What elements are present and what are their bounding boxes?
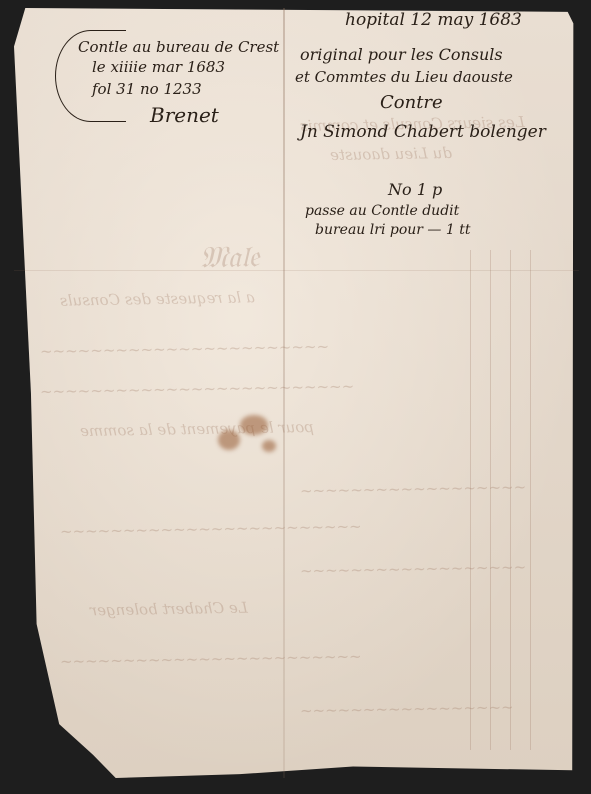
note-line-3: bureau lri pour — 1 tt	[315, 222, 470, 238]
ink-stain	[218, 430, 240, 450]
bleed-text: ~~~~~~~~~~~~~~~~~	[300, 698, 514, 720]
ink-stain	[262, 440, 276, 452]
horizontal-fold-line	[14, 270, 579, 271]
header-party: Jn Simond Chabert bolenger	[300, 122, 546, 142]
ink-stain	[240, 415, 268, 435]
ruled-line	[530, 250, 531, 750]
registry-line-2: le xiiiie mar 1683	[92, 58, 225, 76]
note-line-2: passe au Contle dudit	[305, 203, 459, 219]
ruled-line	[490, 250, 491, 750]
header-line-2: original pour les Consuls	[300, 45, 503, 64]
header-date: hopital 12 may 1683	[345, 10, 522, 30]
note-number: No 1 p	[388, 180, 442, 199]
header-line-3: et Commtes du Lieu daouste	[295, 68, 513, 86]
ruled-line	[470, 250, 471, 750]
bleed-text: a la requeste des Consuls	[60, 288, 255, 309]
registry-line-1: Contle au bureau de Crest	[78, 38, 279, 56]
bleed-mark: 𝔐𝔞𝔩𝔢	[200, 239, 260, 275]
signature: Brenet	[150, 103, 219, 127]
header-contre: Contre	[380, 92, 443, 113]
registry-line-3: fol 31 no 1233	[92, 80, 202, 98]
bleed-text: du Lieu daouste	[330, 144, 452, 164]
bleed-text: Le Chabert bolenger	[90, 599, 248, 620]
ruled-line	[510, 250, 511, 750]
